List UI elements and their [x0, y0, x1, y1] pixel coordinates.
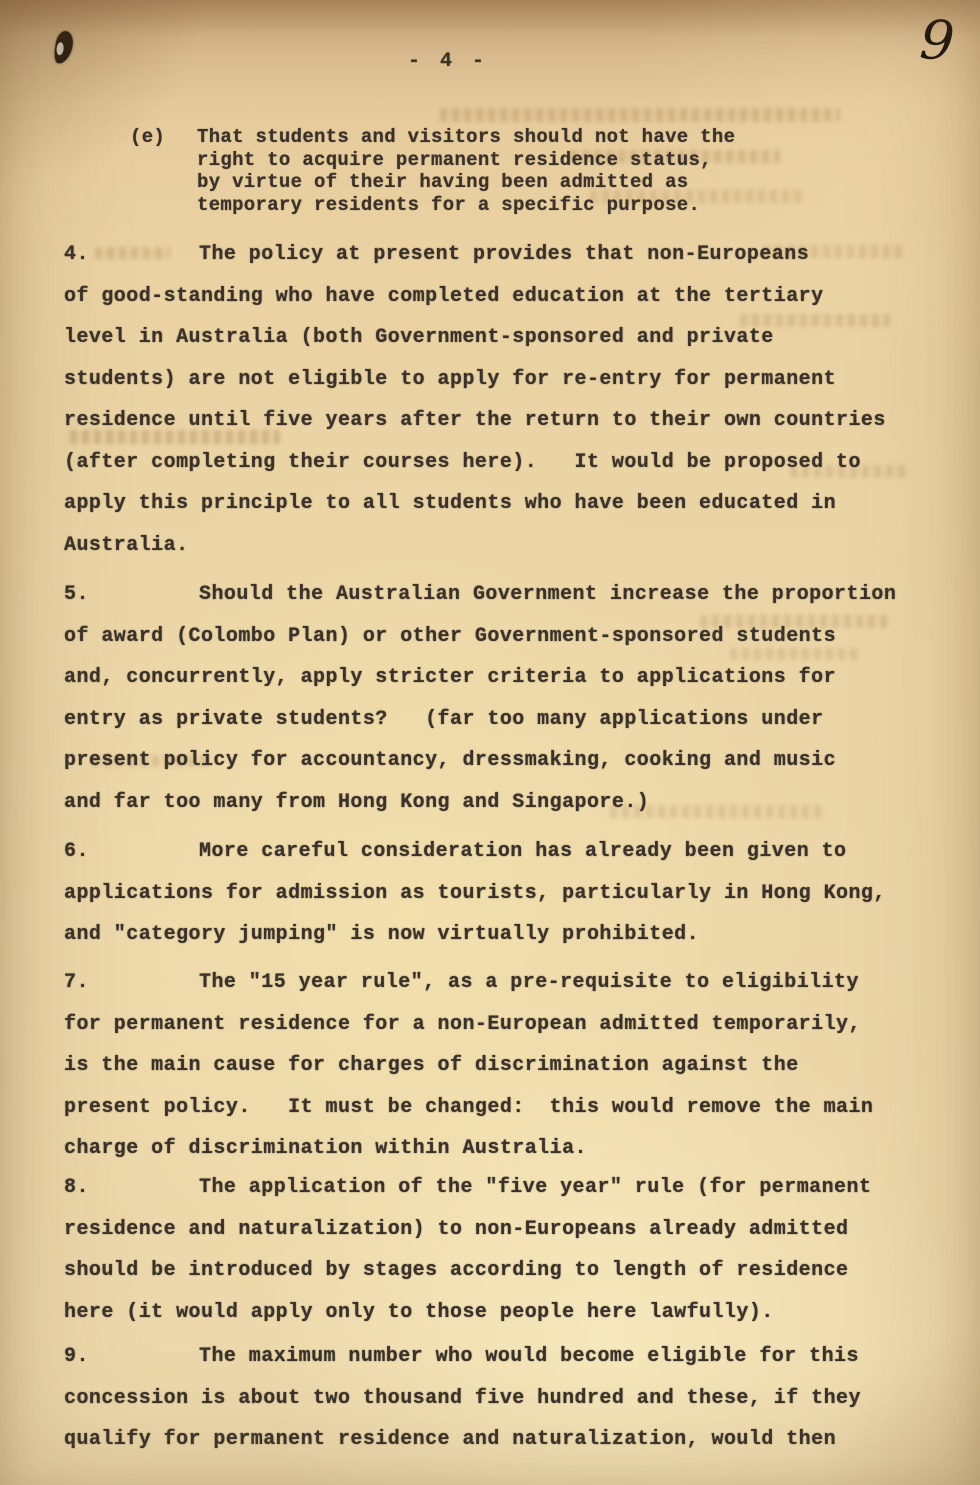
paragraph-number: 4.	[64, 234, 89, 276]
paragraph: 9.The maximum number who would become el…	[64, 1336, 924, 1461]
paragraph-line: and "category jumping" is now virtually …	[64, 914, 924, 956]
paragraph-line: Should the Australian Government increas…	[64, 574, 924, 616]
page-number: - 4 -	[408, 50, 488, 73]
paragraph-line: is the main cause for charges of discrim…	[64, 1045, 924, 1087]
paragraph-line: The policy at present provides that non-…	[64, 234, 924, 276]
list-item-label: (e)	[130, 126, 165, 149]
ink-blot	[51, 29, 75, 65]
paragraph-line: The "15 year rule", as a pre-requisite t…	[64, 962, 924, 1004]
paragraph-line: More careful consideration has already b…	[64, 831, 924, 873]
paragraph-line: The application of the "five year" rule …	[64, 1167, 924, 1209]
paragraph-line: entry as private students? (far too many…	[64, 699, 924, 741]
list-item-line: That students and visitors should not ha…	[197, 126, 857, 149]
list-item-e: (e) That students and visitors should no…	[0, 126, 980, 226]
paragraph-line: and far too many from Hong Kong and Sing…	[64, 782, 924, 824]
paragraph-line: of good-standing who have completed educ…	[64, 276, 924, 318]
paragraph: 8.The application of the "five year" rul…	[64, 1167, 924, 1333]
paragraph-line: should be introduced by stages according…	[64, 1250, 924, 1292]
paragraph-line: present policy. It must be changed: this…	[64, 1087, 924, 1129]
paragraph-number: 9.	[64, 1336, 89, 1378]
paragraph-line: Australia.	[64, 525, 924, 567]
paragraph: 6.More careful consideration has already…	[64, 831, 924, 956]
paragraph: 4.The policy at present provides that no…	[64, 234, 924, 566]
paragraph-line: level in Australia (both Government-spon…	[64, 317, 924, 359]
paragraph-line: present policy for accountancy, dressmak…	[64, 740, 924, 782]
list-item-line: by virtue of their having been admitted …	[197, 171, 857, 194]
list-item-line: temporary residents for a specific purpo…	[197, 194, 857, 217]
paragraph-line: (after completing their courses here). I…	[64, 442, 924, 484]
paragraph-line: residence and naturalization) to non-Eur…	[64, 1209, 924, 1251]
handwritten-page-index: 9	[918, 13, 956, 69]
paragraph-line: of award (Colombo Plan) or other Governm…	[64, 616, 924, 658]
list-item-text: That students and visitors should not ha…	[197, 126, 857, 216]
paragraph-line: The maximum number who would become elig…	[64, 1336, 924, 1378]
paragraph-line: here (it would apply only to those peopl…	[64, 1292, 924, 1334]
paragraph-number: 7.	[64, 962, 89, 1004]
paragraph-line: charge of discrimination within Australi…	[64, 1128, 924, 1170]
bleed-through-smudge	[440, 108, 840, 122]
list-item-line: right to acquire permanent residence sta…	[197, 149, 857, 172]
paragraph-line: and, concurrently, apply stricter criter…	[64, 657, 924, 699]
paragraph-line: concession is about two thousand five hu…	[64, 1378, 924, 1420]
paragraph-line: qualify for permanent residence and natu…	[64, 1419, 924, 1461]
paragraph-line: applications for admission as tourists, …	[64, 873, 924, 915]
paragraph: 7.The "15 year rule", as a pre-requisite…	[64, 962, 924, 1170]
paragraph: 5.Should the Australian Government incre…	[64, 574, 924, 823]
paragraph-line: apply this principle to all students who…	[64, 483, 924, 525]
document-page: 9 - 4 - (e) That students and visitors s…	[0, 0, 980, 1485]
paragraph-line: for permanent residence for a non-Europe…	[64, 1004, 924, 1046]
paragraph-number: 5.	[64, 574, 89, 616]
paragraph-line: students) are not eligible to apply for …	[64, 359, 924, 401]
paragraph-number: 8.	[64, 1167, 89, 1209]
paragraph-line: residence until five years after the ret…	[64, 400, 924, 442]
paragraph-number: 6.	[64, 831, 89, 873]
